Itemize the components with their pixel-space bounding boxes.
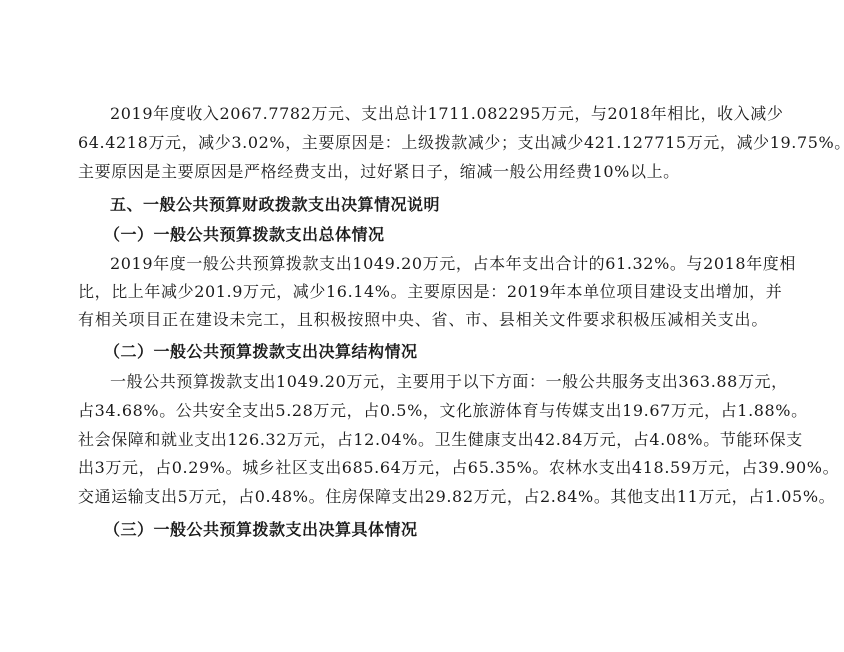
intro-line-1: 2019年度收入2067.7782万元、支出总计1711.082295万元，与2… (110, 104, 768, 124)
subsection-1-line-2: 比，比上年减少201.9万元，减少16.14%。主要原因是：2019年本单位项目… (78, 282, 768, 302)
subsection-1-line-1: 2019年度一般公共预算拨款支出1049.20万元，占本年支出合计的61.32%… (110, 254, 768, 274)
document-page: 2019年度收入2067.7782万元、支出总计1711.082295万元，与2… (0, 0, 844, 652)
subsection-1-heading: （一）一般公共预算拨款支出总体情况 (104, 225, 385, 245)
subsection-3-heading: （三）一般公共预算拨款支出决算具体情况 (104, 520, 418, 540)
intro-line-2: 64.4218万元，减少3.02%，主要原因是：上级拨款减少；支出减少421.1… (78, 133, 768, 153)
intro-line-3: 主要原因是主要原因是严格经费支出，过好紧日子，缩减一般公用经费10%以上。 (78, 162, 768, 182)
subsection-1-line-3: 有相关项目正在建设未完工，且积极按照中央、省、市、县相关文件要求积极压减相关支出… (78, 310, 768, 330)
subsection-2-line-5: 交通运输支出5万元，占0.48%。住房保障支出29.82万元，占2.84%。其他… (78, 487, 768, 507)
subsection-2-line-1: 一般公共预算拨款支出1049.20万元，主要用于以下方面：一般公共服务支出363… (110, 372, 768, 392)
section-five-heading: 五、一般公共预算财政拨款支出决算情况说明 (110, 195, 440, 215)
subsection-2-heading: （二）一般公共预算拨款支出决算结构情况 (104, 342, 418, 362)
subsection-2-line-3: 社会保障和就业支出126.32万元，占12.04%。卫生健康支出42.84万元，… (78, 430, 768, 450)
subsection-2-line-4: 出3万元，占0.29%。城乡社区支出685.64万元，占65.35%。农林水支出… (78, 458, 768, 478)
subsection-2-line-2: 占34.68%。公共安全支出5.28万元，占0.5%，文化旅游体育与传媒支出19… (78, 401, 768, 421)
